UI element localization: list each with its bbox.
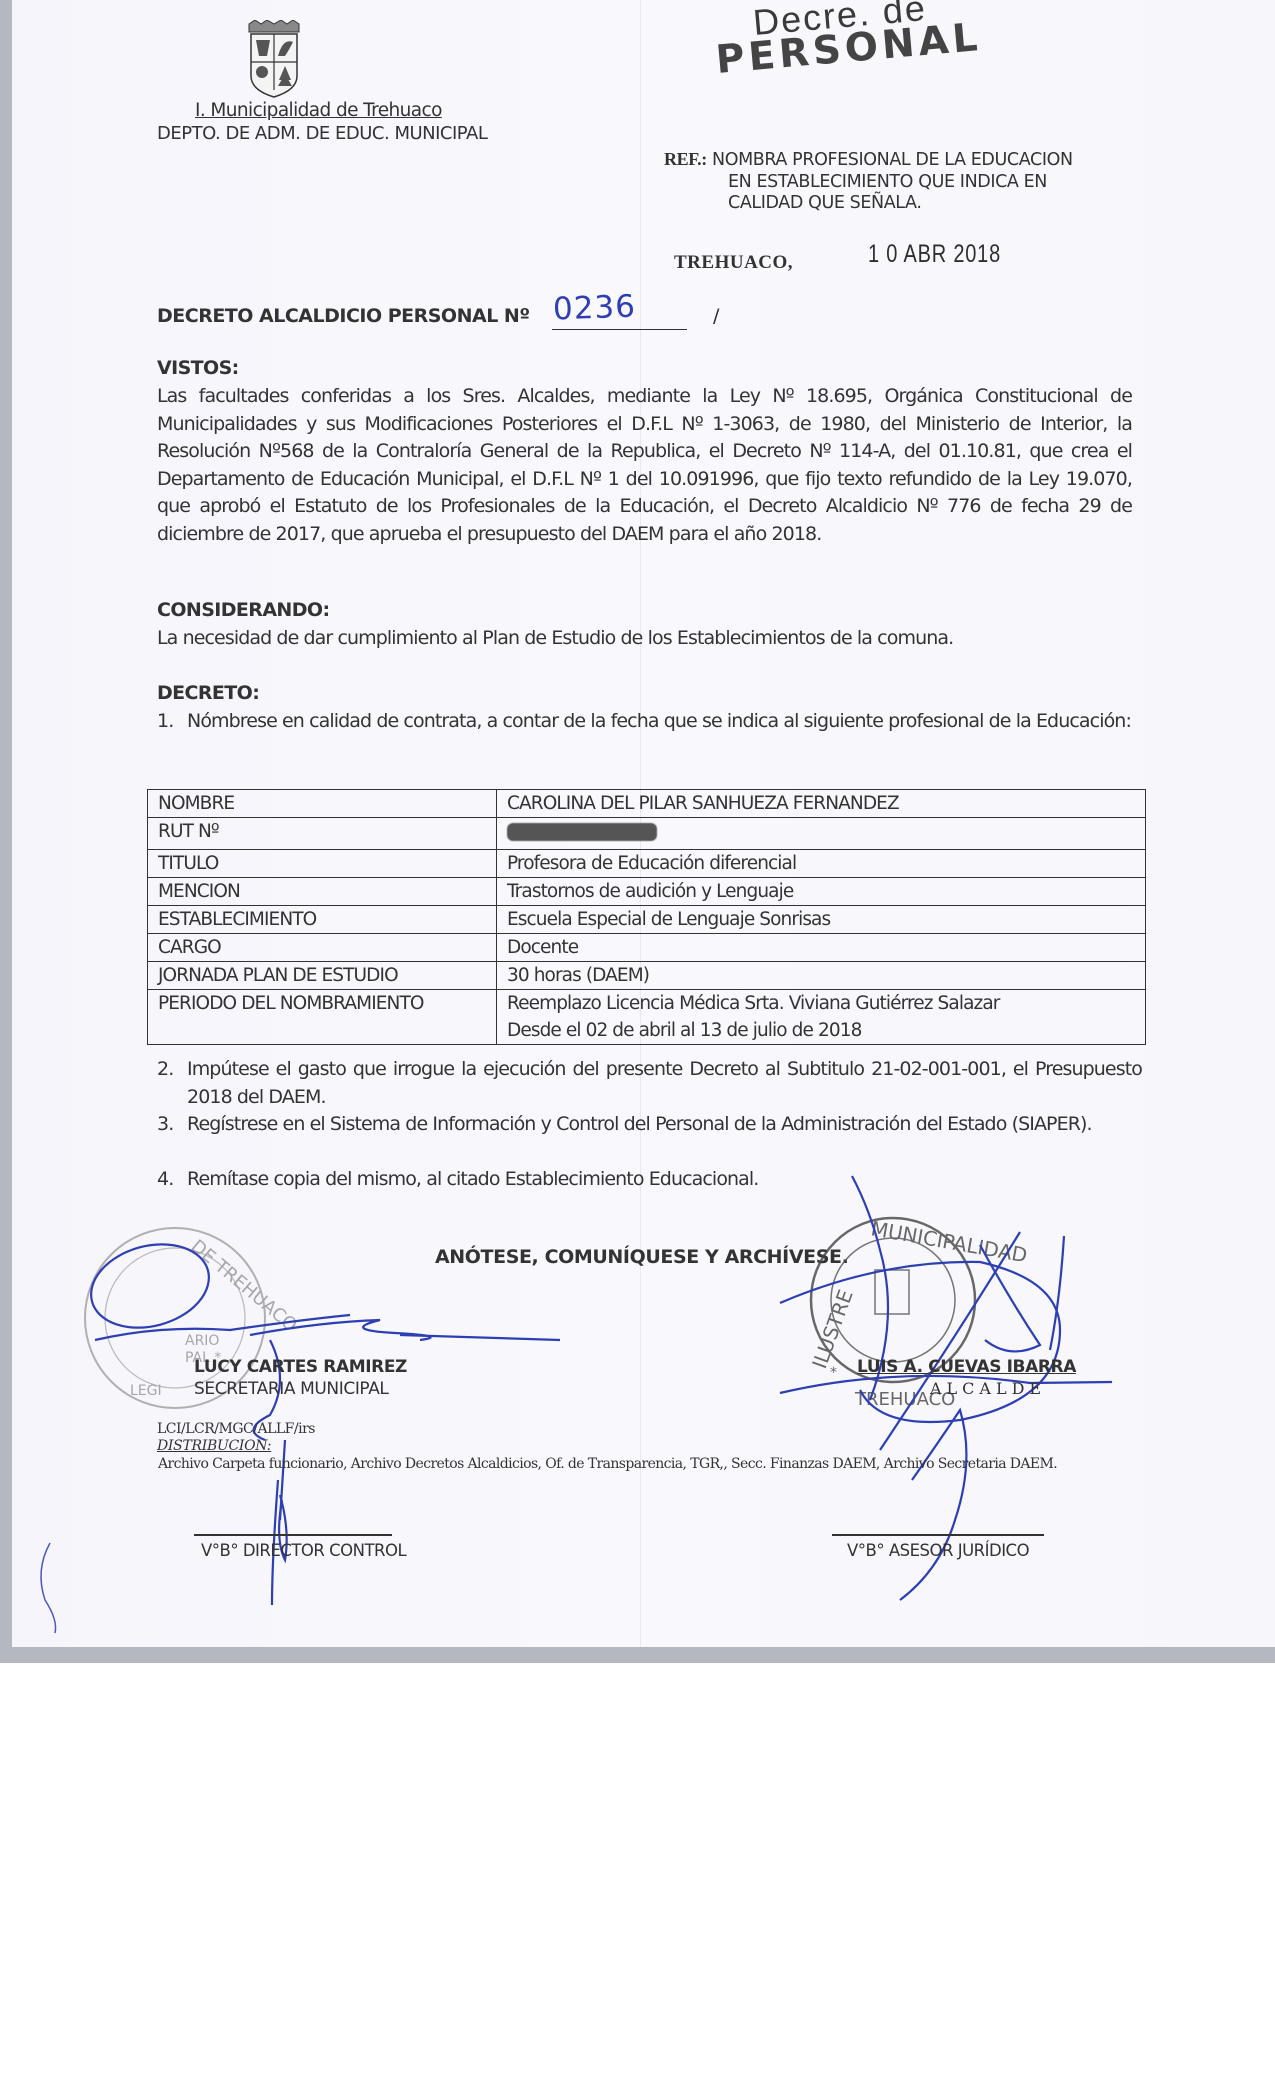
appointment-table: NOMBRE CAROLINA DEL PILAR SANHUEZA FERNA… (147, 789, 1146, 1045)
legal-signature-line (832, 1534, 1044, 1536)
decree-item-text: Regístrese en el Sistema de Información … (157, 1111, 1142, 1139)
table-value: CAROLINA DEL PILAR SANHUEZA FERNANDEZ (497, 790, 1146, 818)
decree-item-text: Nómbrese en calidad de contrata, a conta… (157, 708, 1142, 736)
decree-item-number: 4. (157, 1166, 181, 1194)
decreto-heading: DECRETO: (157, 682, 259, 704)
table-label: NOMBRE (148, 790, 497, 818)
decree-slash: / (713, 305, 719, 327)
table-value: 30 horas (DAEM) (497, 962, 1146, 990)
redacted-rut: [redacted] (507, 823, 657, 841)
table-label: TITULO (148, 850, 497, 878)
distribution-list: Archivo Carpeta funcionario, Archivo Dec… (158, 1456, 1057, 1472)
considerando-text: La necesidad de dar cumplimiento al Plan… (157, 625, 1147, 653)
table-value: Trastornos de audición y Lenguaje (497, 878, 1146, 906)
decree-item-number: 2. (157, 1056, 181, 1084)
table-label: MENCION (148, 878, 497, 906)
table-label: RUT Nº (148, 818, 497, 850)
table-row: ESTABLECIMIENTO Escuela Especial de Leng… (148, 906, 1146, 934)
table-value: [redacted] (497, 818, 1146, 850)
municipal-crest-icon (243, 20, 305, 98)
table-value: Docente (497, 934, 1146, 962)
table-row: RUT Nº [redacted] (148, 818, 1146, 850)
table-label: ESTABLECIMIENTO (148, 906, 497, 934)
decree-item-text: Impútese el gasto que irrogue la ejecuci… (157, 1056, 1142, 1111)
legal-advisor-approval: V°B° ASESOR JURÍDICO (847, 1541, 1029, 1560)
decree-number-underline (552, 329, 687, 330)
closing-formula: ANÓTESE, COMUNÍQUESE Y ARCHÍVESE. (435, 1246, 848, 1268)
director-control-approval: V°B° DIRECTOR CONTROL (201, 1541, 406, 1560)
table-row: MENCION Trastornos de audición y Lenguaj… (148, 878, 1146, 906)
right-signatory-name: LUIS A. CUEVAS IBARRA (857, 1357, 1076, 1377)
department-name: DEPTO. DE ADM. DE EDUC. MUNICIPAL (157, 123, 487, 144)
table-label: CARGO (148, 934, 497, 962)
city-label: TREHUACO, (674, 252, 793, 274)
decree-number-handwritten: 0236 (552, 289, 636, 328)
reference-line-3: CALIDAD QUE SEÑALA. (664, 193, 1073, 215)
considerando-heading: CONSIDERANDO: (157, 599, 329, 621)
left-signatory-role: SECRETARIA MUNICIPAL (194, 1379, 389, 1399)
decree-item: 2. Impútese el gasto que irrogue la ejec… (157, 1056, 1142, 1111)
distribution-heading: DISTRIBUCION: (157, 1438, 271, 1454)
right-signatory-role: ALCALDE (930, 1379, 1046, 1398)
decree-item-number: 1. (157, 708, 181, 736)
reference-label: REF.: (664, 149, 707, 169)
decree-title: DECRETO ALCALDICIO PERSONAL Nº (157, 305, 530, 327)
author-initials: LCI/LCR/MGC/ALLF/irs (157, 1421, 315, 1437)
reference-line-1: NOMBRA PROFESIONAL DE LA EDUCACION (712, 150, 1073, 170)
table-value: Escuela Especial de Lenguaje Sonrisas (497, 906, 1146, 934)
reference-line-2: EN ESTABLECIMIENTO QUE INDICA EN (664, 172, 1073, 194)
vistos-text: Las facultades conferidas a los Sres. Al… (157, 383, 1132, 548)
decree-item: 3. Regístrese en el Sistema de Informaci… (157, 1111, 1142, 1139)
decree-item: 1. Nómbrese en calidad de contrata, a co… (157, 708, 1142, 736)
table-row: JORNADA PLAN DE ESTUDIO 30 horas (DAEM) (148, 962, 1146, 990)
table-row: CARGO Docente (148, 934, 1146, 962)
period-reason: Reemplazo Licencia Médica Srta. Viviana … (507, 990, 1135, 1017)
table-label: PERIODO DEL NOMBRAMIENTO (148, 990, 497, 1045)
table-row: NOMBRE CAROLINA DEL PILAR SANHUEZA FERNA… (148, 790, 1146, 818)
decree-item: 4. Remítase copia del mismo, al citado E… (157, 1166, 1142, 1194)
municipality-name: I. Municipalidad de Trehuaco (195, 100, 442, 121)
date-stamp: 1 0 ABR 2018 (868, 240, 1001, 269)
table-label: JORNADA PLAN DE ESTUDIO (148, 962, 497, 990)
decree-item-number: 3. (157, 1111, 181, 1139)
period-dates: Desde el 02 de abril al 13 de julio de 2… (507, 1017, 1135, 1044)
decree-item-text: Remítase copia del mismo, al citado Esta… (157, 1166, 1142, 1194)
vistos-heading: VISTOS: (157, 357, 239, 379)
table-value: Reemplazo Licencia Médica Srta. Viviana … (497, 990, 1146, 1045)
control-signature-line (194, 1534, 392, 1536)
table-value: Profesora de Educación diferencial (497, 850, 1146, 878)
table-row: TITULO Profesora de Educación diferencia… (148, 850, 1146, 878)
left-signatory-name: LUCY CARTES RAMIREZ (194, 1357, 407, 1377)
reference-block: REF.: NOMBRA PROFESIONAL DE LA EDUCACION… (664, 149, 1073, 215)
table-row: PERIODO DEL NOMBRAMIENTO Reemplazo Licen… (148, 990, 1146, 1045)
